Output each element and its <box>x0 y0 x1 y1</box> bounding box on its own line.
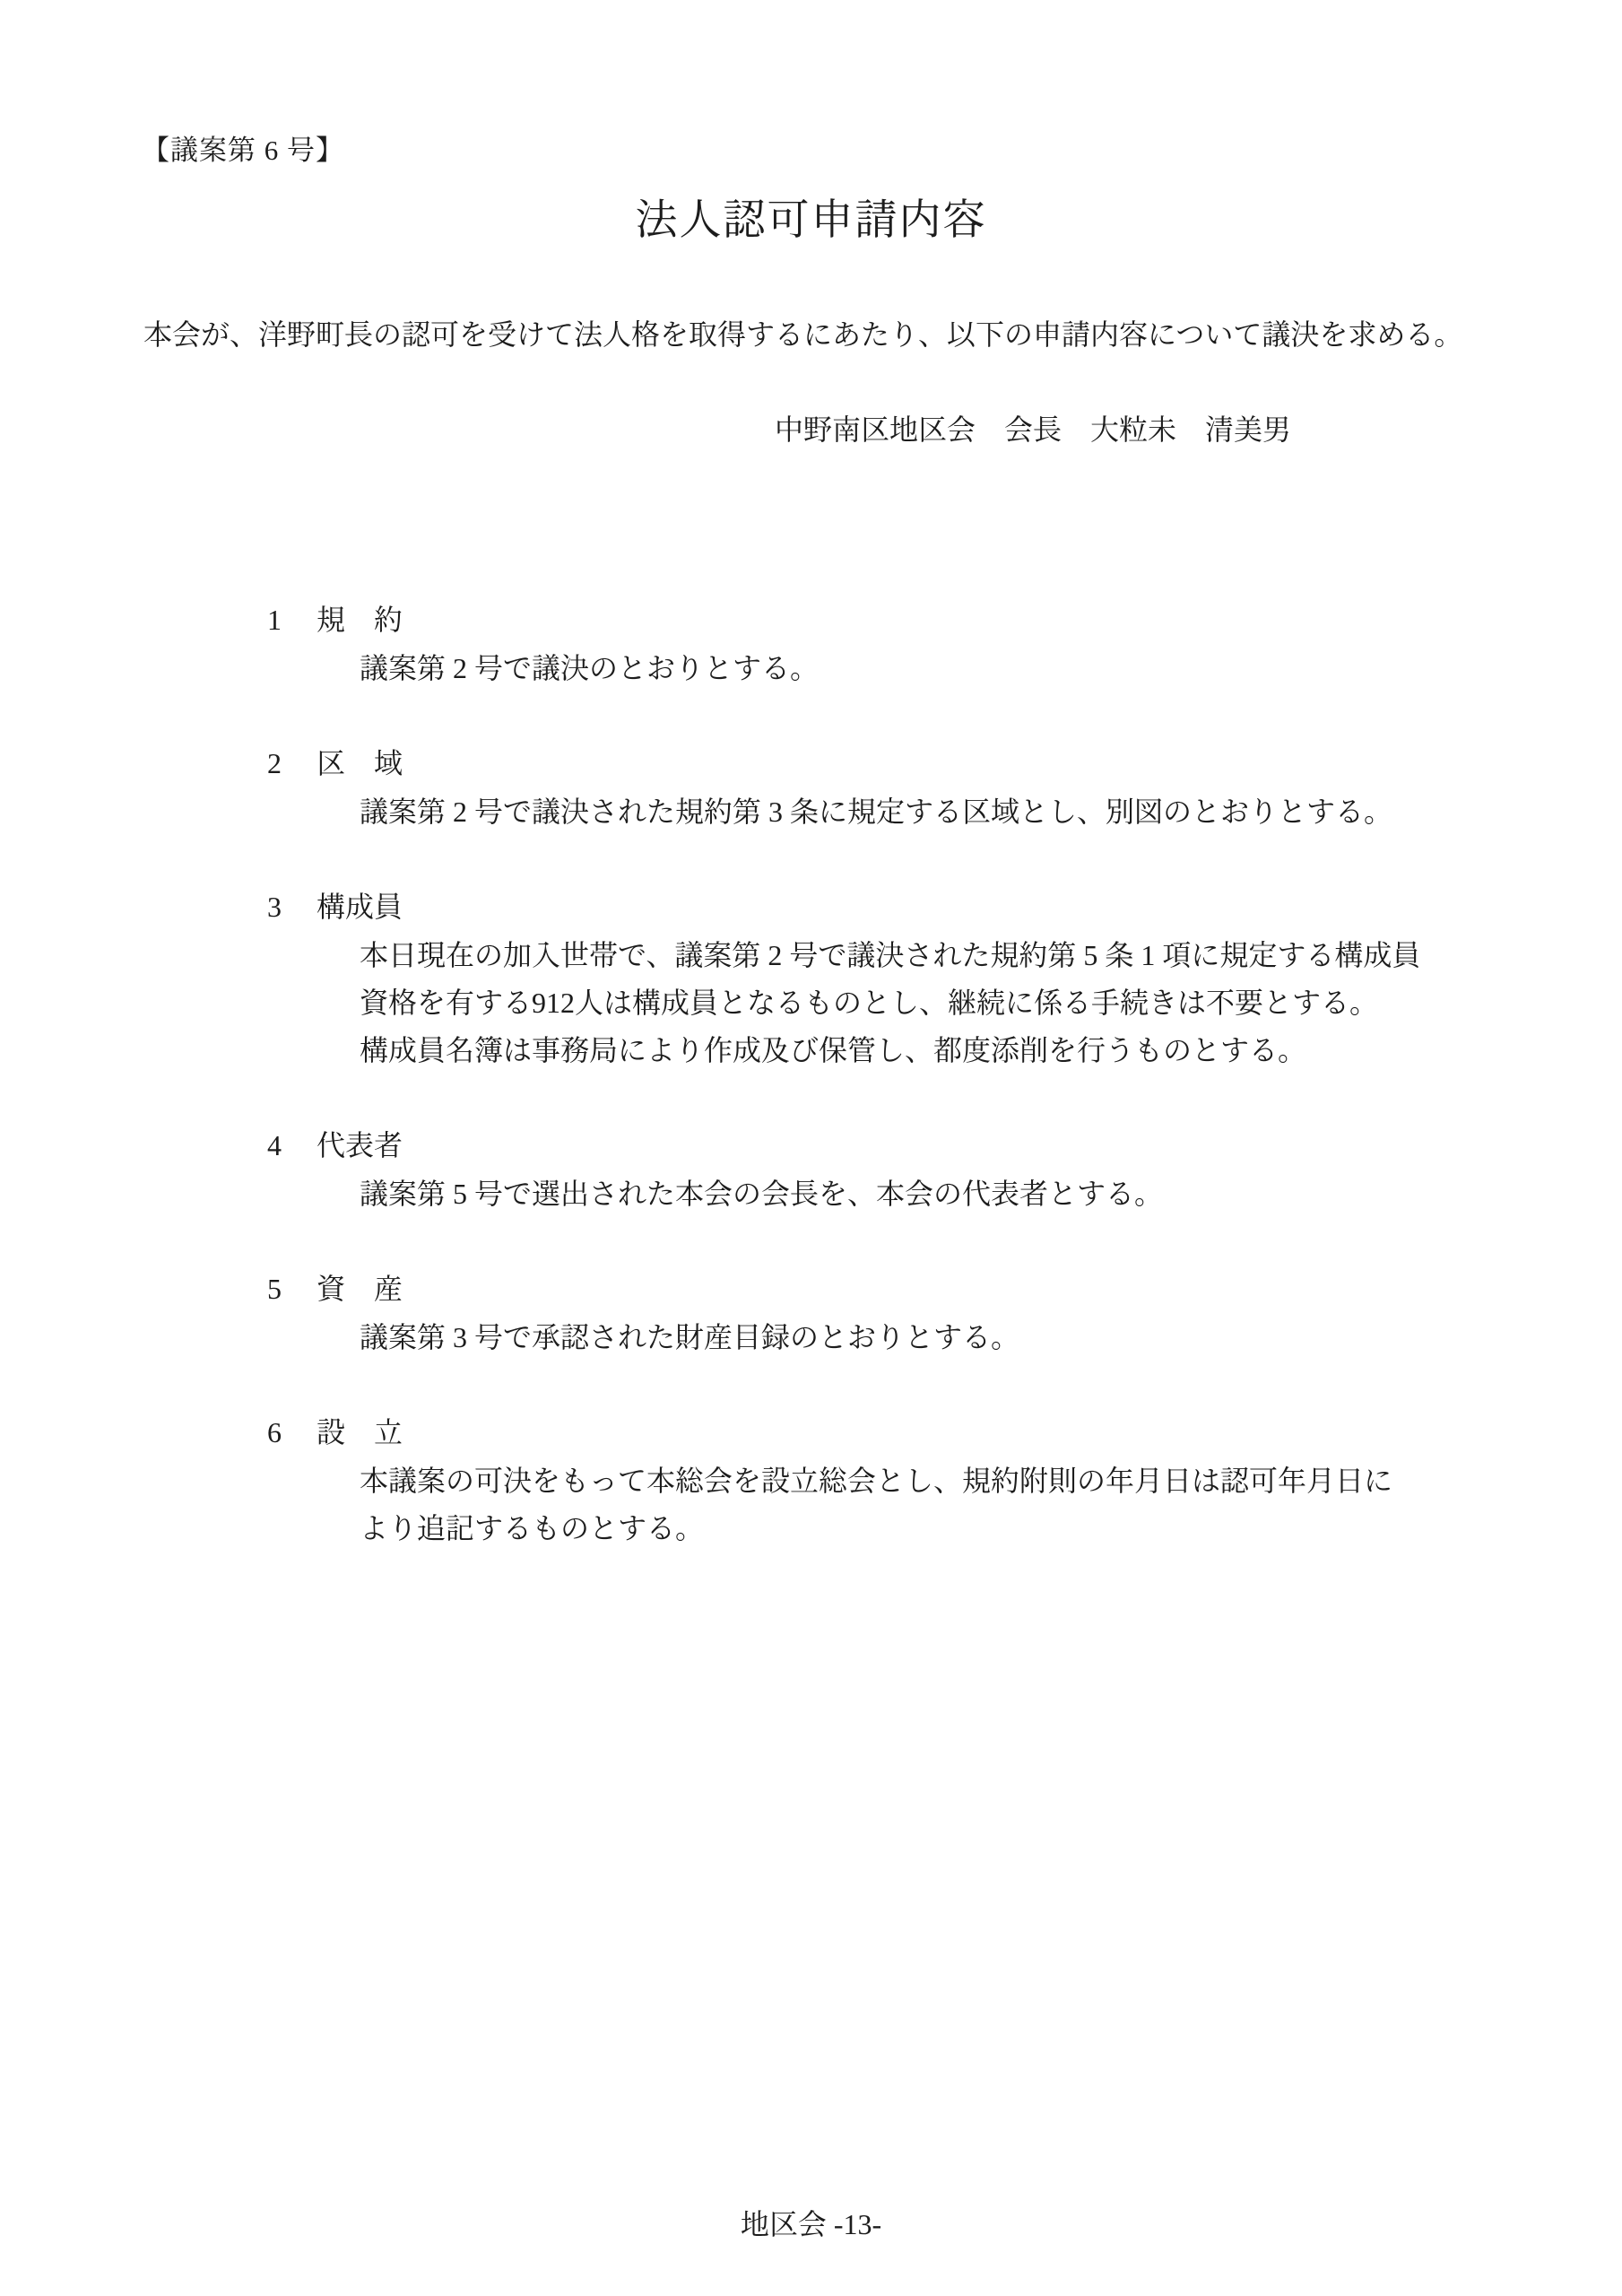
page-footer: 地区会 -13- <box>0 2205 1622 2244</box>
section-number: 5 <box>267 1265 317 1314</box>
section-heading: 3構成員 <box>0 883 1622 932</box>
section-body-line: 議案第 3 号で承認された財産目録のとおりとする。 <box>360 1314 1622 1361</box>
section-body-line: 議案第 2 号で議決のとおりとする。 <box>360 645 1622 692</box>
section-title: 規 約 <box>317 604 403 636</box>
intro-paragraph: 本会が、洋野町長の認可を受けて法人格を取得するにあたり、以下の申請内容について議… <box>143 314 1462 355</box>
section-list: 1規 約 議案第 2 号で議決のとおりとする。 2区 域 議案第 2 号で議決さ… <box>0 596 1622 1599</box>
section-body-line: より追記するものとする。 <box>360 1505 1622 1552</box>
signature-line: 中野南区地区会 会長 大粒未 清美男 <box>775 409 1291 450</box>
section-number: 6 <box>267 1408 317 1457</box>
section-heading: 5資 産 <box>0 1265 1622 1314</box>
section-heading: 1規 約 <box>0 596 1622 645</box>
section-number: 2 <box>267 739 317 788</box>
section: 2区 域 議案第 2 号で議決された規約第 3 条に規定する区域とし、別図のとお… <box>0 739 1622 836</box>
document-title: 法人認可申請内容 <box>0 192 1622 249</box>
section-title: 構成員 <box>317 891 403 923</box>
section-body: 議案第 5 号で選出された本会の会長を、本会の代表者とする。 <box>0 1170 1622 1218</box>
section-body: 議案第 3 号で承認された財産目録のとおりとする。 <box>0 1314 1622 1361</box>
section-heading: 2区 域 <box>0 739 1622 788</box>
section: 5資 産 議案第 3 号で承認された財産目録のとおりとする。 <box>0 1265 1622 1361</box>
section-title: 資 産 <box>317 1273 403 1305</box>
section-number: 3 <box>267 883 317 932</box>
section: 4代表者 議案第 5 号で選出された本会の会長を、本会の代表者とする。 <box>0 1121 1622 1218</box>
section-number: 1 <box>267 596 317 645</box>
document-page: 【議案第 6 号】 法人認可申請内容 本会が、洋野町長の認可を受けて法人格を取得… <box>0 0 1622 2296</box>
section-body-line: 議案第 5 号で選出された本会の会長を、本会の代表者とする。 <box>360 1170 1622 1218</box>
section-heading: 6設 立 <box>0 1408 1622 1457</box>
section-body-line: 構成員名簿は事務局により作成及び保管し、都度添削を行うものとする。 <box>360 1027 1622 1074</box>
section: 3構成員 本日現在の加入世帯で、議案第 2 号で議決された規約第 5 条 1 項… <box>0 883 1622 1074</box>
section: 6設 立 本議案の可決をもって本総会を設立総会とし、規約附則の年月日は認可年月日… <box>0 1408 1622 1552</box>
section-body-line: 本日現在の加入世帯で、議案第 2 号で議決された規約第 5 条 1 項に規定する… <box>360 932 1622 979</box>
section-number: 4 <box>267 1121 317 1170</box>
section-body: 議案第 2 号で議決された規約第 3 条に規定する区域とし、別図のとおりとする。 <box>0 788 1622 836</box>
section-heading: 4代表者 <box>0 1121 1622 1170</box>
section-body: 議案第 2 号で議決のとおりとする。 <box>0 645 1622 692</box>
section-body-line: 本議案の可決をもって本総会を設立総会とし、規約附則の年月日は認可年月日に <box>360 1457 1622 1505</box>
section-title: 設 立 <box>317 1416 403 1448</box>
section-body-line: 議案第 2 号で議決された規約第 3 条に規定する区域とし、別図のとおりとする。 <box>360 788 1622 836</box>
section-title: 代表者 <box>317 1129 403 1161</box>
section-title: 区 域 <box>317 747 403 779</box>
agenda-number-tag: 【議案第 6 号】 <box>142 133 344 169</box>
section-body: 本日現在の加入世帯で、議案第 2 号で議決された規約第 5 条 1 項に規定する… <box>0 932 1622 1074</box>
section-body-line: 資格を有する912人は構成員となるものとし、継続に係る手続きは不要とする。 <box>360 979 1622 1027</box>
section: 1規 約 議案第 2 号で議決のとおりとする。 <box>0 596 1622 692</box>
section-body: 本議案の可決をもって本総会を設立総会とし、規約附則の年月日は認可年月日により追記… <box>0 1457 1622 1552</box>
